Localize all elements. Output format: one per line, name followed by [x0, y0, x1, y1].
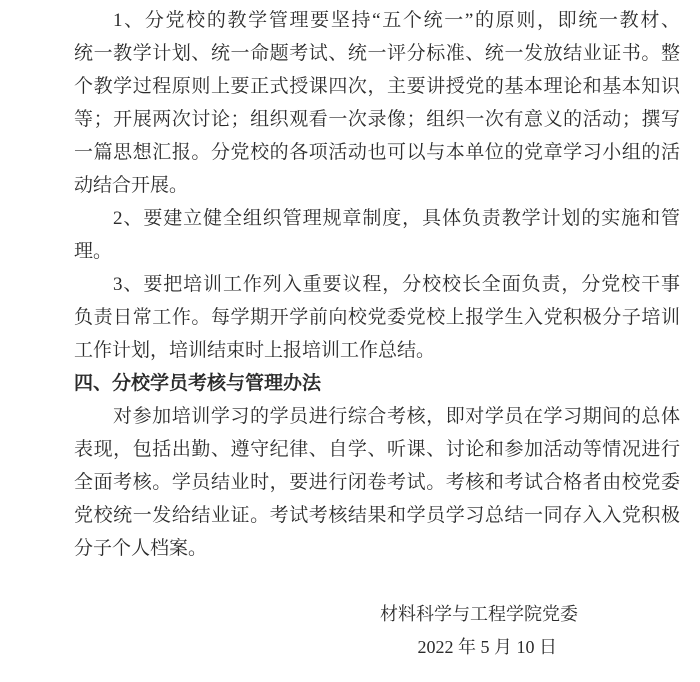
paragraph-1-line-5: 一篇思想汇报。分党校的各项活动也可以与本单位的党章学习小组的活: [74, 136, 680, 169]
paragraph-2-line-2: 理。: [74, 235, 680, 268]
paragraph-2-line-1: 2、要建立健全组织管理规章制度，具体负责教学计划的实施和管: [74, 202, 680, 235]
blank-line: [74, 565, 680, 598]
section-heading-4: 四、分校学员考核与管理办法: [74, 367, 680, 400]
paragraph-1-line-2: 统一教学计划、统一命题考试、统一评分标准、统一发放结业证书。整: [74, 37, 680, 70]
document-page: 1、分党校的教学管理要坚持“五个统一”的原则，即统一教材、统一教学计划、统一命题…: [0, 0, 700, 682]
date-line: 2022 年 5 月 10 日: [74, 631, 680, 664]
paragraph-3-line-2: 负责日常工作。每学期开学前向校党委党校上报学生入党积极分子培训: [74, 301, 680, 334]
paragraph-1-line-3: 个教学过程原则上要正式授课四次，主要讲授党的基本理论和基本知识: [74, 70, 680, 103]
paragraph-5-line-4: 党校统一发给结业证。考试考核结果和学员学习总结一同存入入党积极: [74, 499, 680, 532]
paragraph-1-line-6: 动结合开展。: [74, 169, 680, 202]
document-body: 1、分党校的教学管理要坚持“五个统一”的原则，即统一教材、统一教学计划、统一命题…: [74, 4, 680, 664]
paragraph-1-line-4: 等；开展两次讨论；组织观看一次录像；组织一次有意义的活动；撰写: [74, 103, 680, 136]
paragraph-3-line-1: 3、要把培训工作列入重要议程，分校校长全面负责，分党校干事: [74, 268, 680, 301]
paragraph-5-line-2: 表现，包括出勤、遵守纪律、自学、听课、讨论和参加活动等情况进行: [74, 433, 680, 466]
paragraph-5-line-3: 全面考核。学员结业时，要进行闭卷考试。考核和考试合格者由校党委: [74, 466, 680, 499]
paragraph-3-line-3: 工作计划，培训结束时上报培训工作总结。: [74, 334, 680, 367]
paragraph-1-line-1: 1、分党校的教学管理要坚持“五个统一”的原则，即统一教材、: [74, 4, 680, 37]
signature-line: 材料科学与工程学院党委: [74, 598, 680, 631]
paragraph-5-line-1: 对参加培训学习的学员进行综合考核，即对学员在学习期间的总体: [74, 400, 680, 433]
paragraph-5-line-5: 分子个人档案。: [74, 532, 680, 565]
